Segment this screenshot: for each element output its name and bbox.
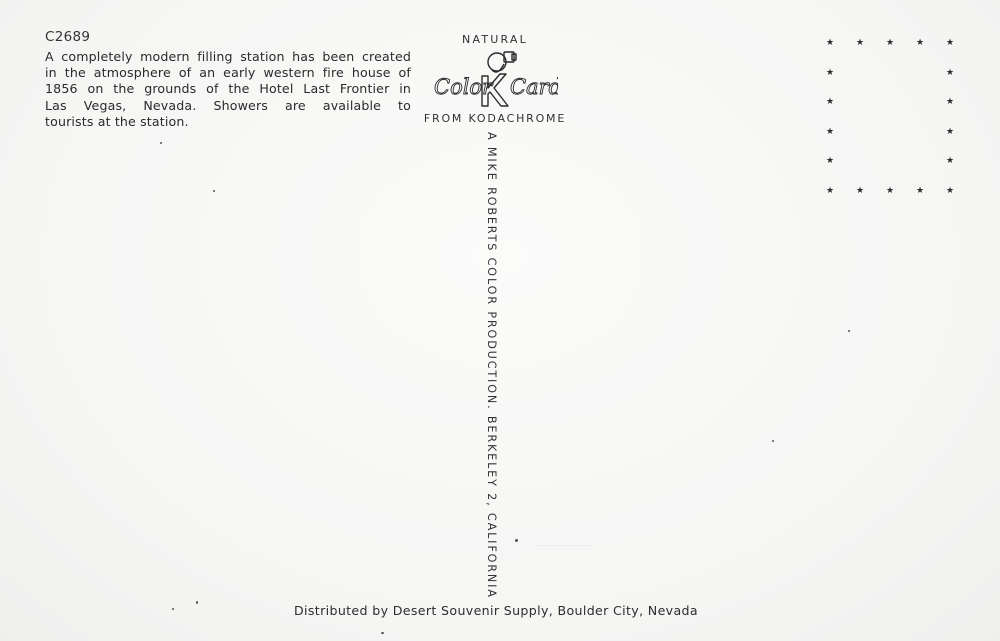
star-icon: ★ [916,40,923,47]
star-icon: ★ [826,40,833,47]
scan-speck [381,632,384,634]
distributor-text: Distributed by Desert Souvenir Supply, B… [294,603,698,618]
star-icon: ★ [886,188,893,195]
star-icon: ★ [946,40,953,47]
star-icon: ★ [856,40,863,47]
caption-line: in the atmosphere of an early western fi… [45,65,411,81]
star-icon: ★ [886,40,893,47]
caption-line: Las Vegas, Nevada. Showers are available… [45,98,411,114]
caption-line: tourists at the station. [45,114,411,130]
kodak-k-photographer-icon: Color Card [432,48,558,112]
scan-speck [160,142,162,144]
scan-speck [515,539,518,542]
scan-smudge [535,545,590,546]
logo-right-word: Card [510,75,558,99]
scan-speck [196,601,198,604]
logo-bottom-text: FROM KODACHROME [420,112,570,125]
star-icon: ★ [826,99,833,106]
scan-speck [772,440,774,442]
logo-left-word: Color [434,75,494,99]
star-icon: ★ [916,188,923,195]
caption: A completely modern filling station has … [45,49,411,130]
color-card-logo: NATURAL Color Card FROM KODACHROME [420,30,570,130]
logo-top-text: NATURAL [420,33,570,46]
star-icon: ★ [826,188,833,195]
star-icon: ★ [946,129,953,136]
star-icon: ★ [946,99,953,106]
caption-line: 1856 on the grounds of the Hotel Last Fr… [45,81,411,97]
scan-speck [172,608,174,610]
star-icon: ★ [946,70,953,77]
scan-speck [213,190,215,192]
star-icon: ★ [946,158,953,165]
caption-line: A completely modern filling station has … [45,49,411,65]
star-icon: ★ [856,188,863,195]
stamp-area: ★★★★★★★★★★★★★★★★★★ [826,40,958,200]
scan-speck [848,330,850,332]
divider-text: A MIKE ROBERTS COLOR PRODUCTION. BERKELE… [485,132,498,599]
center-divider: A MIKE ROBERTS COLOR PRODUCTION. BERKELE… [482,132,502,587]
postcard-back: C2689 A completely modern filling statio… [0,0,1000,641]
star-icon: ★ [946,188,953,195]
star-icon: ★ [826,158,833,165]
catalog-code: C2689 [45,29,90,45]
star-icon: ★ [826,129,833,136]
star-icon: ★ [826,70,833,77]
